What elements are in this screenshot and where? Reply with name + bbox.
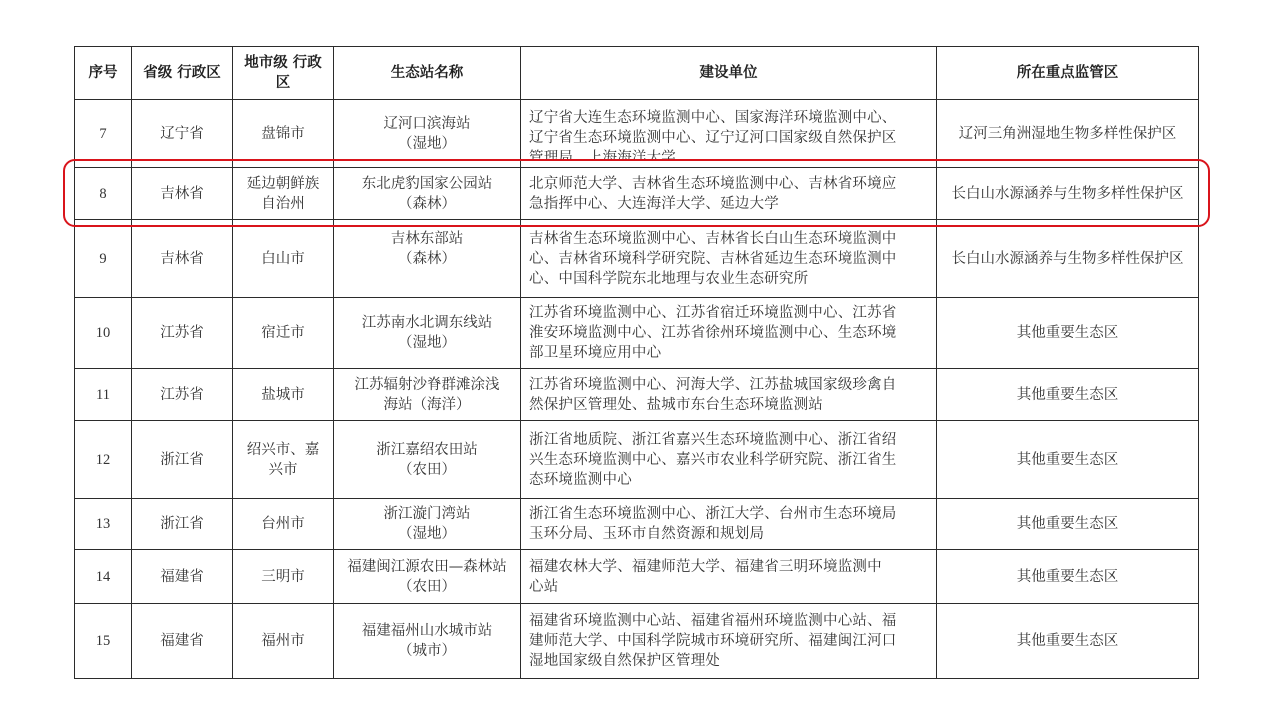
table-row: 7 辽宁省 盘锦市 辽河口滨海站 （湿地） 辽宁省大连生态环境监测中心、国家海洋…: [75, 100, 1199, 168]
cell-station-name: 福建闽江源农田—森林站 （农田）: [334, 550, 521, 604]
cell-construction-units: 北京师范大学、吉林省生态环境监测中心、吉林省环境应 急指挥中心、大连海洋大学、延…: [521, 168, 937, 220]
cell-construction-units: 福建农林大学、福建师范大学、福建省三明环境监测中 心站: [521, 550, 937, 604]
header-city: 地市级 行政区: [233, 47, 334, 100]
table-row: 14 福建省 三明市 福建闽江源农田—森林站 （农田） 福建农林大学、福建师范大…: [75, 550, 1199, 604]
cell-supervision-zone: 其他重要生态区: [937, 369, 1199, 421]
cell-seq: 12: [75, 421, 132, 499]
cell-construction-units: 辽宁省大连生态环境监测中心、国家海洋环境监测中心、 辽宁省生态环境监测中心、辽宁…: [521, 100, 937, 168]
table-row-highlighted: 8 吉林省 延边朝鲜族 自治州 东北虎豹国家公园站 （森林） 北京师范大学、吉林…: [75, 168, 1199, 220]
cell-supervision-zone: 长白山水源涵养与生物多样性保护区: [937, 220, 1199, 298]
cell-province: 江苏省: [132, 298, 233, 369]
cell-supervision-zone: 辽河三角洲湿地生物多样性保护区: [937, 100, 1199, 168]
cell-city: 盘锦市: [233, 100, 334, 168]
ecological-station-table: 序号 省级 行政区 地市级 行政区 生态站名称 建设单位 所在重点监管区: [74, 46, 1199, 679]
cell-supervision-zone: 其他重要生态区: [937, 499, 1199, 550]
header-key-supervision-zone: 所在重点监管区: [937, 47, 1199, 100]
table-header-row: 序号 省级 行政区 地市级 行政区 生态站名称 建设单位 所在重点监管区: [75, 47, 1199, 100]
cell-station-name: 浙江漩门湾站 （湿地）: [334, 499, 521, 550]
cell-supervision-zone: 其他重要生态区: [937, 550, 1199, 604]
cell-supervision-zone: 长白山水源涵养与生物多样性保护区: [937, 168, 1199, 220]
cell-seq: 11: [75, 369, 132, 421]
cell-city: 宿迁市: [233, 298, 334, 369]
cell-station-name: 江苏南水北调东线站 （湿地）: [334, 298, 521, 369]
cell-construction-units: 吉林省生态环境监测中心、吉林省长白山生态环境监测中 心、吉林省环境科学研究院、吉…: [521, 220, 937, 298]
cell-seq: 8: [75, 168, 132, 220]
cell-province: 福建省: [132, 604, 233, 679]
table-row: 11 江苏省 盐城市 江苏辐射沙脊群滩涂浅 海站（海洋） 江苏省环境监测中心、河…: [75, 369, 1199, 421]
cell-construction-units: 江苏省环境监测中心、江苏省宿迁环境监测中心、江苏省 淮安环境监测中心、江苏省徐州…: [521, 298, 937, 369]
cell-seq: 15: [75, 604, 132, 679]
header-seq: 序号: [75, 47, 132, 100]
cell-province: 吉林省: [132, 220, 233, 298]
cell-station-name: 辽河口滨海站 （湿地）: [334, 100, 521, 168]
cell-seq: 7: [75, 100, 132, 168]
table-row: 12 浙江省 绍兴市、嘉 兴市 浙江嘉绍农田站 （农田） 浙江省地质院、浙江省嘉…: [75, 421, 1199, 499]
header-province: 省级 行政区: [132, 47, 233, 100]
cell-supervision-zone: 其他重要生态区: [937, 421, 1199, 499]
cell-station-name: 东北虎豹国家公园站 （森林）: [334, 168, 521, 220]
cell-city: 绍兴市、嘉 兴市: [233, 421, 334, 499]
cell-province: 浙江省: [132, 421, 233, 499]
cell-seq: 10: [75, 298, 132, 369]
cell-province: 福建省: [132, 550, 233, 604]
cell-construction-units: 江苏省环境监测中心、河海大学、江苏盐城国家级珍禽自 然保护区管理处、盐城市东台生…: [521, 369, 937, 421]
cell-construction-units: 浙江省生态环境监测中心、浙江大学、台州市生态环境局 玉环分局、玉环市自然资源和规…: [521, 499, 937, 550]
header-station-name: 生态站名称: [334, 47, 521, 100]
cell-city: 延边朝鲜族 自治州: [233, 168, 334, 220]
cell-province: 辽宁省: [132, 100, 233, 168]
cell-city: 三明市: [233, 550, 334, 604]
table-row: 10 江苏省 宿迁市 江苏南水北调东线站 （湿地） 江苏省环境监测中心、江苏省宿…: [75, 298, 1199, 369]
cell-supervision-zone: 其他重要生态区: [937, 604, 1199, 679]
cell-seq: 13: [75, 499, 132, 550]
cell-station-name: 吉林东部站 （森林）: [334, 220, 521, 298]
cell-seq: 9: [75, 220, 132, 298]
cell-construction-units: 福建省环境监测中心站、福建省福州环境监测中心站、福 建师范大学、中国科学院城市环…: [521, 604, 937, 679]
cell-city: 盐城市: [233, 369, 334, 421]
cell-station-name: 福建福州山水城市站 （城市）: [334, 604, 521, 679]
cell-province: 吉林省: [132, 168, 233, 220]
cell-city: 福州市: [233, 604, 334, 679]
cell-station-name: 浙江嘉绍农田站 （农田）: [334, 421, 521, 499]
cell-province: 浙江省: [132, 499, 233, 550]
header-construction-units: 建设单位: [521, 47, 937, 100]
cell-seq: 14: [75, 550, 132, 604]
table-row: 9 吉林省 白山市 吉林东部站 （森林） 吉林省生态环境监测中心、吉林省长白山生…: [75, 220, 1199, 298]
station-table-container: 序号 省级 行政区 地市级 行政区 生态站名称 建设单位 所在重点监管区: [74, 46, 1198, 679]
cell-supervision-zone: 其他重要生态区: [937, 298, 1199, 369]
cell-province: 江苏省: [132, 369, 233, 421]
cell-city: 台州市: [233, 499, 334, 550]
cell-city: 白山市: [233, 220, 334, 298]
cell-station-name: 江苏辐射沙脊群滩涂浅 海站（海洋）: [334, 369, 521, 421]
table-row: 13 浙江省 台州市 浙江漩门湾站 （湿地） 浙江省生态环境监测中心、浙江大学、…: [75, 499, 1199, 550]
cell-construction-units: 浙江省地质院、浙江省嘉兴生态环境监测中心、浙江省绍 兴生态环境监测中心、嘉兴市农…: [521, 421, 937, 499]
table-row: 15 福建省 福州市 福建福州山水城市站 （城市） 福建省环境监测中心站、福建省…: [75, 604, 1199, 679]
